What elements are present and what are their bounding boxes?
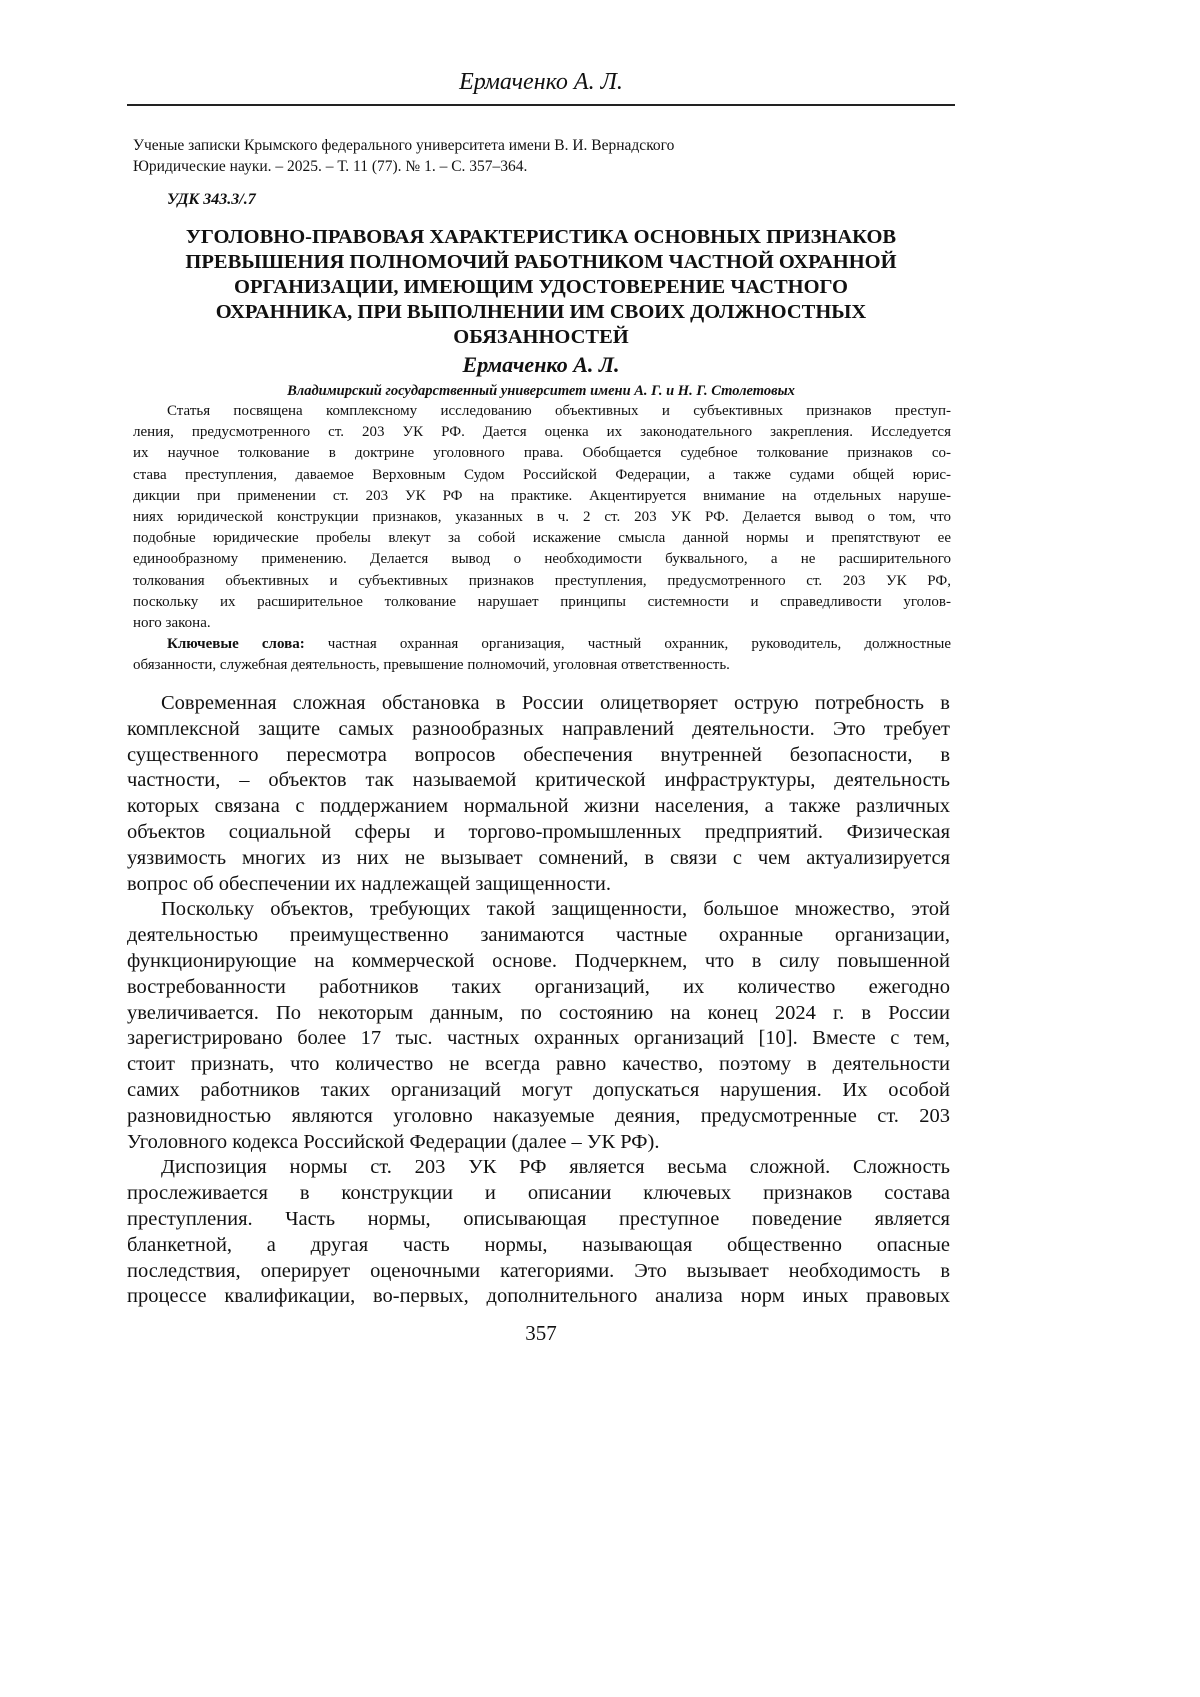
abstract-line: их научное толкование в доктрине уголовн… — [133, 443, 951, 464]
body-line: объектов социальной сферы и торгово-пром… — [127, 820, 950, 846]
body-line: Диспозиция нормы ст. 203 УК РФ является … — [127, 1155, 950, 1181]
title-line: ОХРАННИКА, ПРИ ВЫПОЛНЕНИИ ИМ СВОИХ ДОЛЖН… — [127, 300, 955, 325]
body-line: бланкетной, а другая часть нормы, называ… — [127, 1233, 950, 1259]
abstract-line: поскольку их расширительное толкование н… — [133, 592, 951, 613]
body-line: Уголовного кодекса Российской Федерации … — [127, 1130, 950, 1156]
body-line: процессе квалификации, во-первых, дополн… — [127, 1284, 950, 1310]
title-line: УГОЛОВНО-ПРАВОВАЯ ХАРАКТЕРИСТИКА ОСНОВНЫ… — [127, 225, 955, 250]
keywords-line-1: Ключевые слова: частная охранная организ… — [133, 634, 951, 655]
body-line: востребованности работников таких органи… — [127, 975, 950, 1001]
body-line: Современная сложная обстановка в России … — [127, 691, 950, 717]
body-line: последствия, оперирует оценочными катего… — [127, 1259, 950, 1285]
abstract-line: ниях юридической конструкции признаков, … — [133, 507, 951, 528]
title-line: ПРЕВЫШЕНИЯ ПОЛНОМОЧИЙ РАБОТНИКОМ ЧАСТНОЙ… — [127, 250, 955, 275]
body-line: зарегистрировано более 17 тыс. частных о… — [127, 1026, 950, 1052]
title-line: ОРГАНИЗАЦИИ, ИМЕЮЩИМ УДОСТОВЕРЕНИЕ ЧАСТН… — [127, 275, 955, 300]
journal-citation: Ученые записки Крымского федерального ун… — [133, 135, 953, 177]
udc-code: УДК 343.3/.7 — [167, 190, 256, 210]
body-line: комплексной защите самых разнообразных н… — [127, 717, 950, 743]
journal-line-2: Юридические науки. – 2025. – Т. 11 (77).… — [133, 156, 953, 177]
body-text: Современная сложная обстановка в России … — [127, 691, 950, 1310]
abstract-line: Статья посвящена комплексному исследован… — [133, 401, 951, 422]
keywords-label: Ключевые слова: — [167, 636, 305, 652]
abstract-line: ления, предусмотренного ст. 203 УК РФ. Д… — [133, 422, 951, 443]
body-line: стоит признать, что количество не всегда… — [127, 1052, 950, 1078]
body-line: разновидностью являются уголовно наказуе… — [127, 1104, 950, 1130]
article-title: УГОЛОВНО-ПРАВОВАЯ ХАРАКТЕРИСТИКА ОСНОВНЫ… — [127, 225, 955, 350]
abstract-line: дикции при применении ст. 203 УК РФ на п… — [133, 486, 951, 507]
body-line: вопрос об обеспечении их надлежащей защи… — [127, 872, 950, 898]
body-line: функционирующие на коммерческой основе. … — [127, 949, 950, 975]
abstract-line: подобные юридические пробелы влекут за с… — [133, 528, 951, 549]
page-number: 357 — [127, 1320, 955, 1346]
body-line: Поскольку объектов, требующих такой защи… — [127, 897, 950, 923]
keywords-line-2: обязанности, служебная деятельность, пре… — [133, 655, 951, 676]
body-line: частности, – объектов так называемой кри… — [127, 768, 950, 794]
keywords-text-1: частная охранная организация, частный ох… — [305, 636, 951, 652]
body-paragraph: Поскольку объектов, требующих такой защи… — [127, 897, 950, 1155]
header-rule — [127, 104, 955, 106]
keywords: Ключевые слова: частная охранная организ… — [133, 634, 951, 676]
body-line: преступления. Часть нормы, описывающая п… — [127, 1207, 950, 1233]
body-line: деятельностью преимущественно занимаются… — [127, 923, 950, 949]
title-line: ОБЯЗАННОСТЕЙ — [127, 325, 955, 350]
body-line: уязвимость многих из них не вызывает сом… — [127, 846, 950, 872]
abstract-line: става преступления, даваемое Верховным С… — [133, 465, 951, 486]
body-line: самих работников таких организаций могут… — [127, 1078, 950, 1104]
body-line: увеличивается. По некоторым данным, по с… — [127, 1001, 950, 1027]
body-line: существенного пересмотра вопросов обеспе… — [127, 743, 950, 769]
journal-line-1: Ученые записки Крымского федерального ун… — [133, 135, 953, 156]
document-page: Ермаченко А. Л. Ученые записки Крымского… — [0, 0, 1200, 1697]
author-affiliation: Владимирский государственный университет… — [127, 382, 955, 400]
article-author: Ермаченко А. Л. — [127, 352, 955, 378]
abstract-line: ного закона. — [133, 613, 951, 634]
body-paragraph: Диспозиция нормы ст. 203 УК РФ является … — [127, 1155, 950, 1310]
abstract: Статья посвящена комплексному исследован… — [133, 401, 951, 634]
body-line: прослеживается в конструкции и описании … — [127, 1181, 950, 1207]
abstract-line: единообразному применению. Делается выво… — [133, 549, 951, 570]
body-paragraph: Современная сложная обстановка в России … — [127, 691, 950, 897]
body-line: которых связана с поддержанием нормально… — [127, 794, 950, 820]
abstract-line: толкования объективных и субъективных пр… — [133, 571, 951, 592]
running-head: Ермаченко А. Л. — [127, 68, 955, 96]
